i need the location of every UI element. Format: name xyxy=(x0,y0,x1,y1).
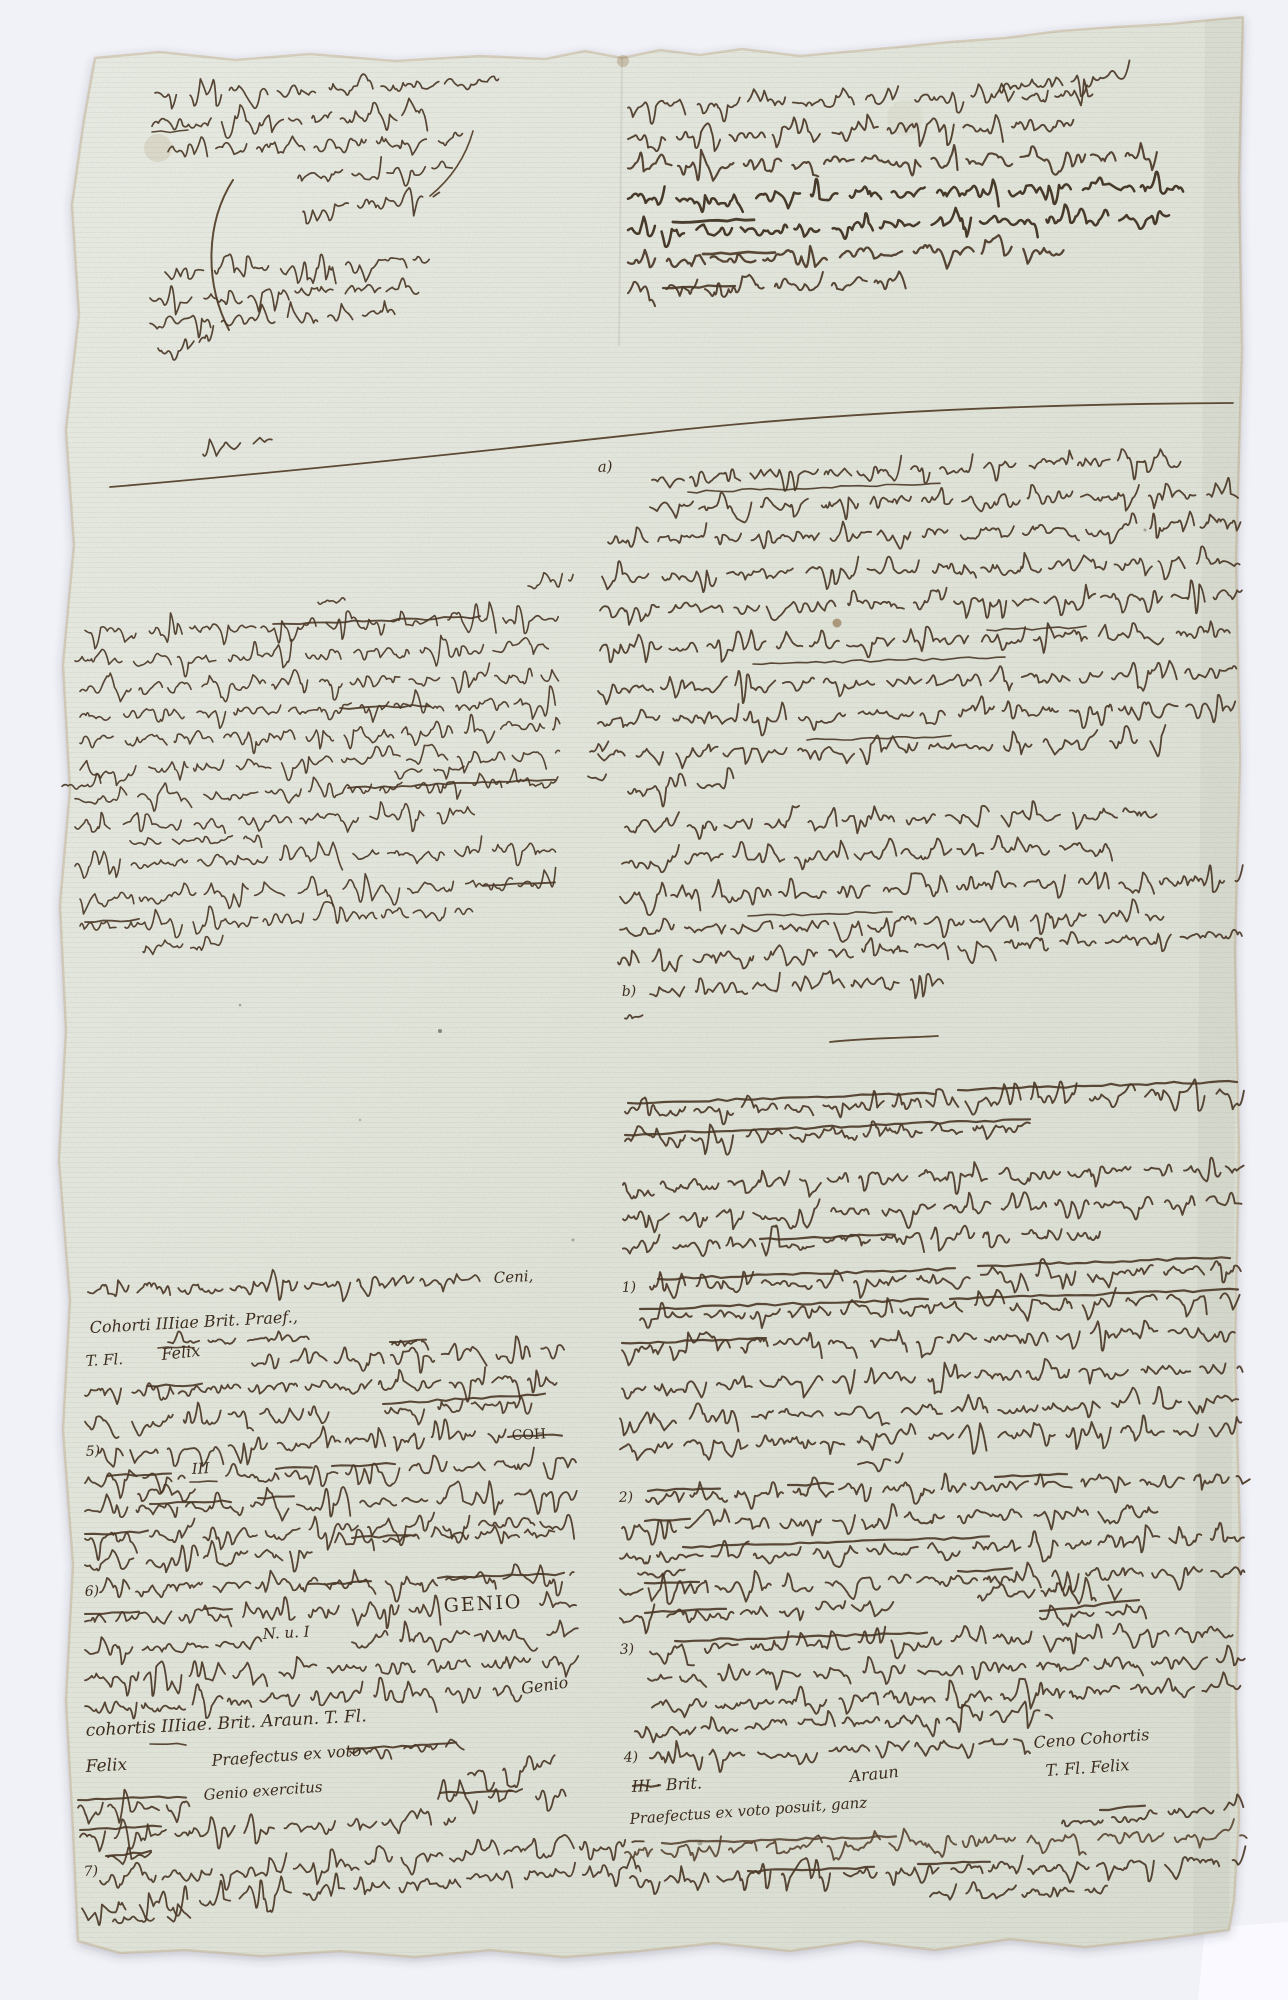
backing-sheet xyxy=(1198,1922,1288,2000)
laid-paper-texture xyxy=(59,17,1243,1957)
legible-word: Felix xyxy=(84,1755,128,1777)
legible-word: N. u. I xyxy=(261,1623,311,1644)
legible-word: Ceni, xyxy=(493,1267,533,1287)
manuscript-page: Ceni,Cohorti IIIiae Brit. Praef.,T. Fl.F… xyxy=(0,0,1288,2000)
stain-spot xyxy=(438,1029,442,1033)
legible-word: 5) xyxy=(85,1443,100,1460)
legible-word: 3) xyxy=(619,1641,634,1658)
legible-word: b) xyxy=(621,983,636,1000)
legible-word: COH xyxy=(511,1426,546,1444)
legible-word: III · Brit. xyxy=(630,1773,702,1796)
legible-word: 4) xyxy=(622,1749,638,1766)
underline-mark xyxy=(190,1481,217,1482)
stain-spot xyxy=(144,134,172,162)
legible-word: 7) xyxy=(83,1863,98,1880)
legible-word: a) xyxy=(597,457,613,476)
legible-word: T. Fl. xyxy=(85,1350,123,1370)
legible-word: 1) xyxy=(621,1279,636,1296)
stain-spot xyxy=(1144,529,1147,532)
legible-word: 2) xyxy=(617,1489,633,1506)
handwriting-line: a) xyxy=(597,457,613,476)
legible-word: 6) xyxy=(84,1583,99,1600)
stain-spot xyxy=(239,1004,242,1007)
manuscript-scan: Ceni,Cohorti IIIiae Brit. Praef.,T. Fl.F… xyxy=(0,0,1288,2000)
legible-word: III xyxy=(190,1459,211,1478)
underline-mark xyxy=(150,1744,186,1746)
stain-spot xyxy=(359,1119,361,1121)
legible-word: GENIO xyxy=(443,1591,523,1617)
stain-spot xyxy=(572,1239,575,1242)
stain-spot xyxy=(833,619,842,628)
stain-spot xyxy=(617,55,629,67)
